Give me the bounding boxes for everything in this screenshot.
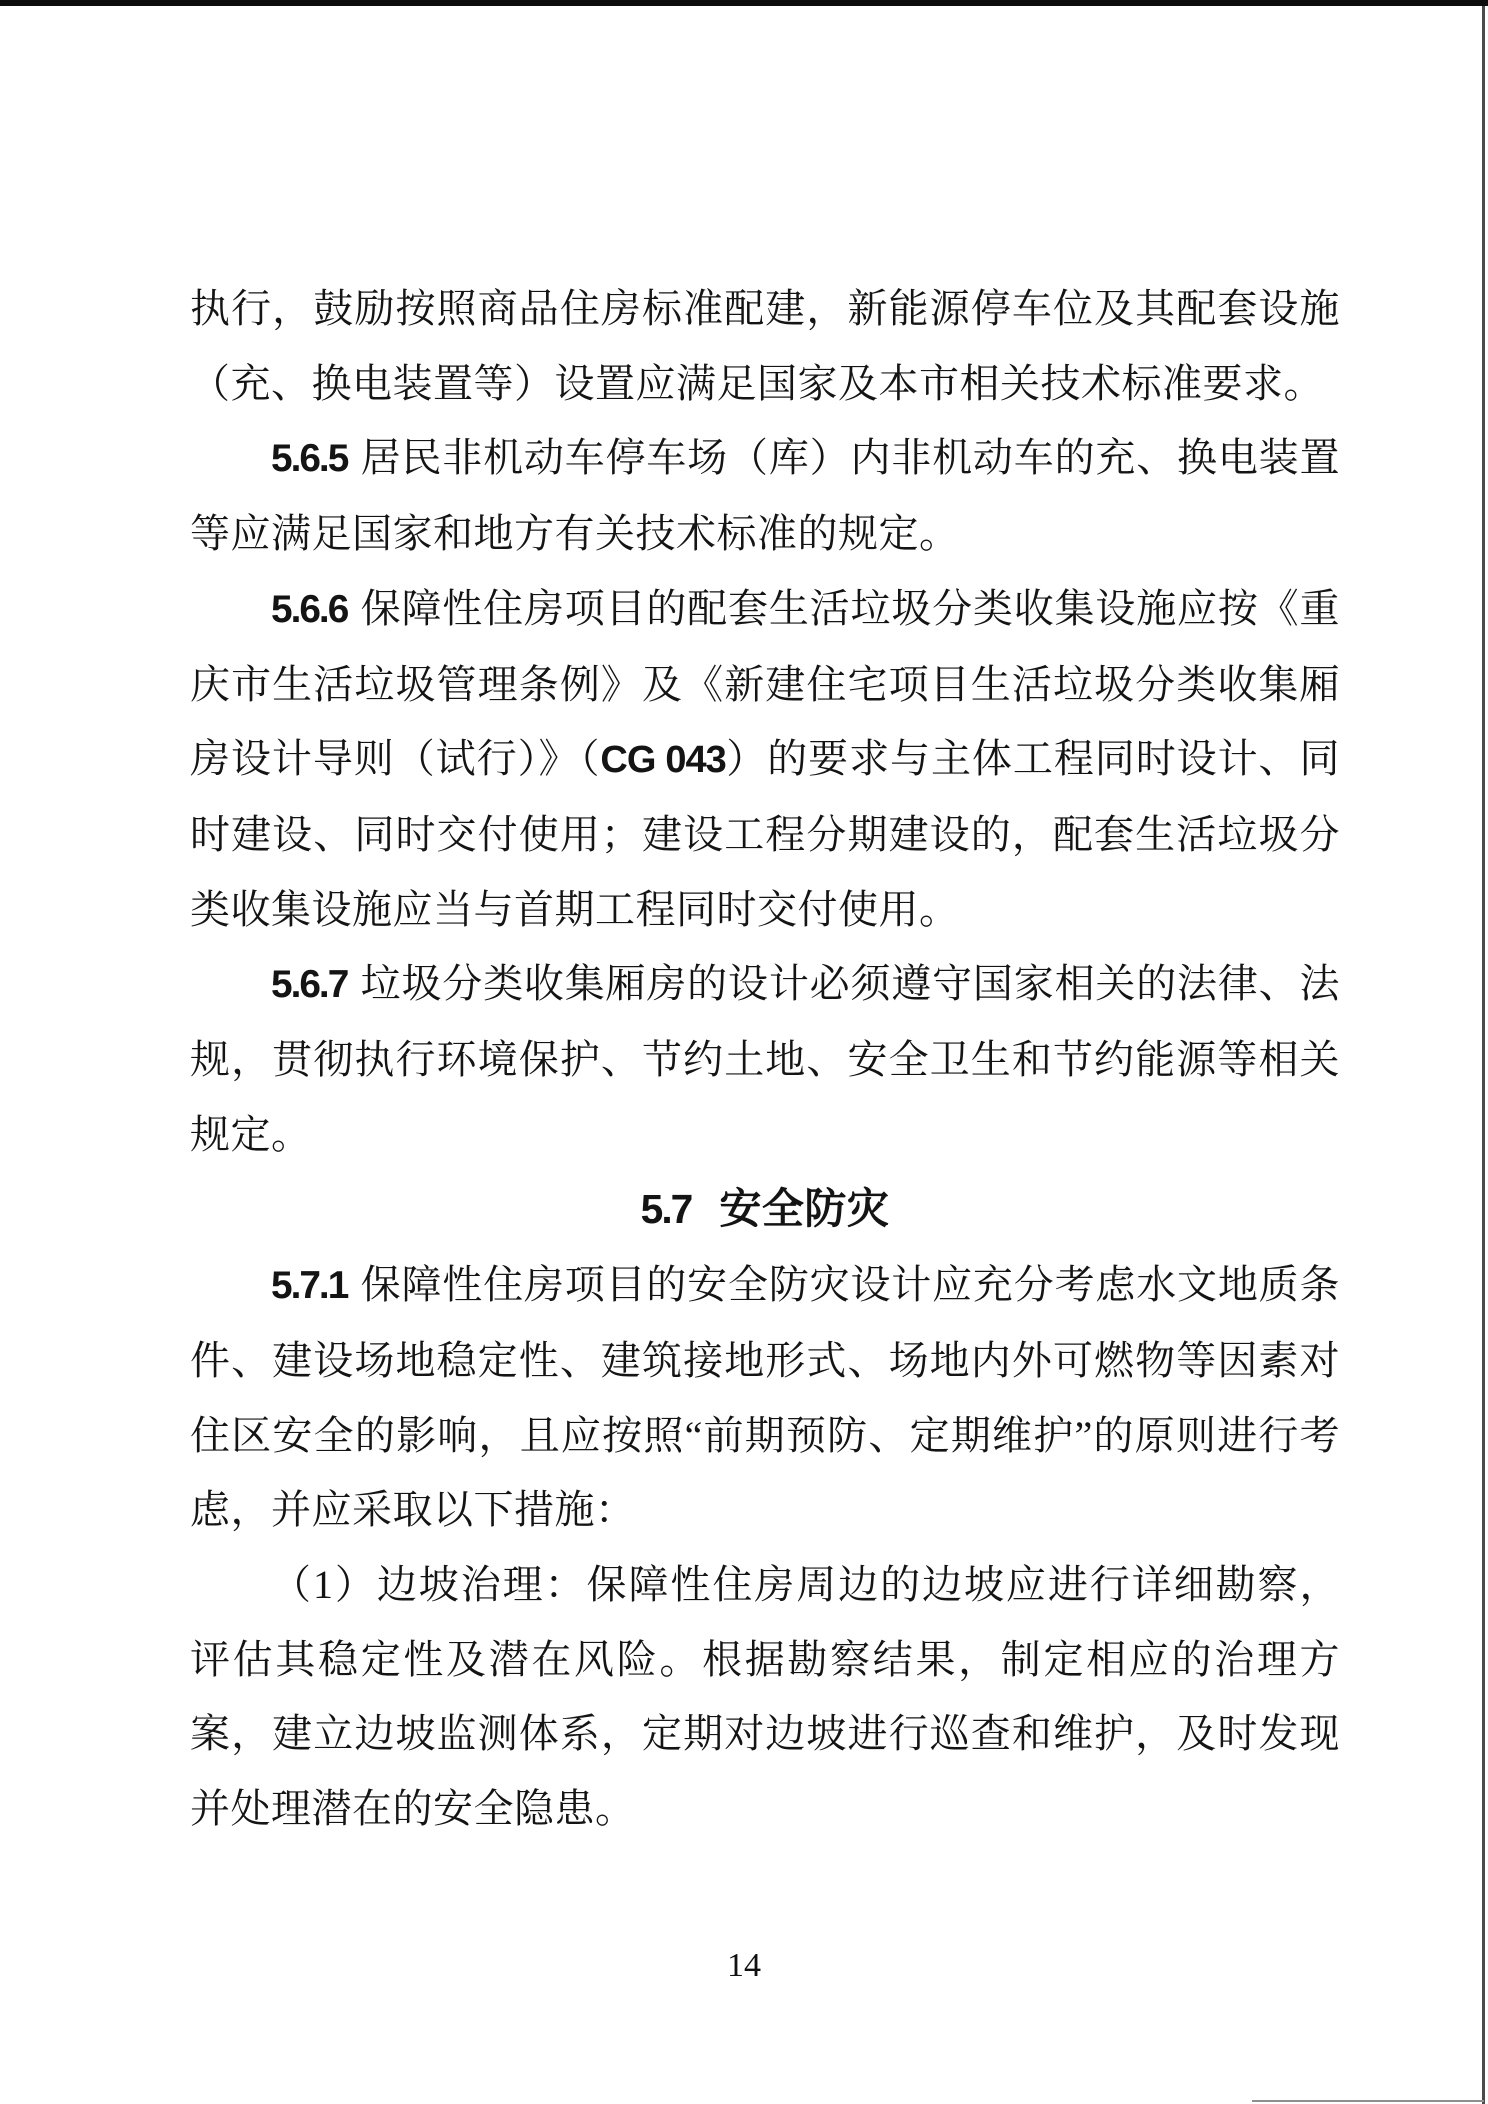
paragraph: 5.6.5居民非机动车停车场（库）内非机动车的充、换电装置等应满足国家和地方有关… — [190, 421, 1340, 571]
paragraph-text: 执行，鼓励按照商品住房标准配建，新能源停车位及其配套设施（充、换电装置等）设置应… — [190, 286, 1340, 406]
section-number: 5.6.5 — [271, 437, 347, 480]
paragraph-text: 安全防灾 — [719, 1187, 889, 1233]
section-number: 5.7.1 — [271, 1264, 347, 1307]
paragraph-text: 垃圾分类收集厢房的设计必须遵守国家相关的法律、法规，贯彻执行环境保护、节约土地、… — [190, 961, 1340, 1156]
section-number: 5.6.6 — [271, 588, 347, 631]
paragraph: 执行，鼓励按照商品住房标准配建，新能源停车位及其配套设施（充、换电装置等）设置应… — [190, 272, 1340, 421]
paragraph: （1）边坡治理：保障性住房周边的边坡应进行详细勘察，评估其稳定性及潜在风险。根据… — [190, 1548, 1340, 1847]
paragraph-text: 居民非机动车停车场（库）内非机动车的充、换电装置等应满足国家和地方有关技术标准的… — [190, 435, 1340, 556]
scan-right-edge — [1482, 6, 1485, 2104]
section-heading: 5.7安全防灾 — [190, 1172, 1340, 1248]
paragraph: 5.6.7垃圾分类收集厢房的设计必须遵守国家相关的法律、法规，贯彻执行环境保护、… — [190, 947, 1340, 1172]
paragraph: 5.7.1保障性住房项目的安全防灾设计应充分考虑水文地质条件、建设场地稳定性、建… — [190, 1248, 1340, 1548]
paragraph-text: 保障性住房项目的安全防灾设计应充分考虑水文地质条件、建设场地稳定性、建筑接地形式… — [190, 1262, 1340, 1532]
standard-code: CG 043 — [600, 739, 725, 781]
paragraph: 5.6.6保障性住房项目的配套生活垃圾分类收集设施应按《重庆市生活垃圾管理条例》… — [190, 572, 1340, 948]
page-number: 14 — [0, 1946, 1488, 1986]
text-body: 执行，鼓励按照商品住房标准配建，新能源停车位及其配套设施（充、换电装置等）设置应… — [190, 272, 1340, 1847]
section-number: 5.6.7 — [271, 963, 347, 1006]
document-page: 执行，鼓励按照商品住房标准配建，新能源停车位及其配套设施（充、换电装置等）设置应… — [0, 0, 1488, 2104]
paragraph-text: （1）边坡治理：保障性住房周边的边坡应进行详细勘察，评估其稳定性及潜在风险。根据… — [190, 1562, 1340, 1831]
section-number: 5.7 — [641, 1186, 692, 1232]
scan-bottom-edge — [1252, 2100, 1484, 2102]
scan-top-edge — [0, 0, 1488, 6]
